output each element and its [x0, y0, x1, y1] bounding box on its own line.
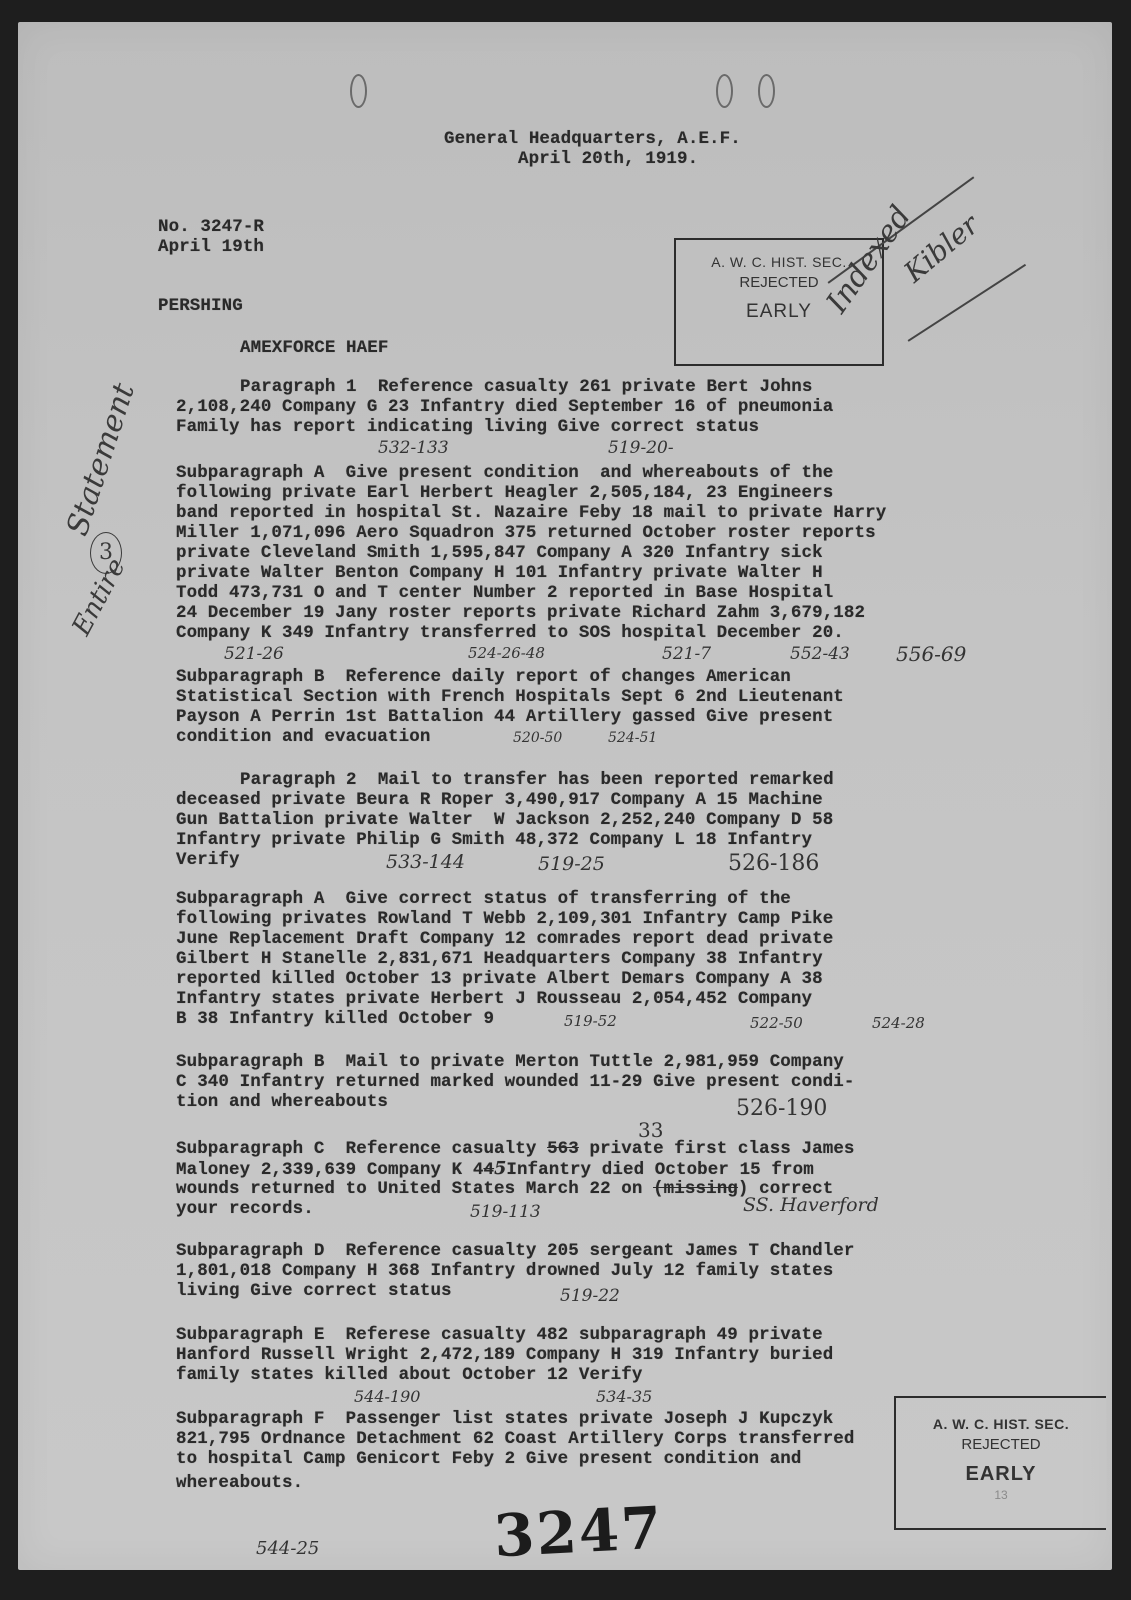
margin-entire: Entire — [67, 554, 132, 641]
stamp-status: REJECTED — [896, 1436, 1106, 1453]
document-page: General Headquarters, A.E.F. April 20th,… — [18, 22, 1112, 1570]
punch-hole — [350, 74, 367, 108]
handwritten-note: 552-43 — [790, 644, 850, 664]
handwritten-note: 544-25 — [256, 1538, 319, 1559]
reference-number: No. 3247-R — [158, 218, 264, 238]
punch-hole — [758, 74, 775, 108]
handwritten-ship-name: SS. Haverford — [743, 1194, 879, 1216]
addressee: PERSHING — [158, 297, 243, 317]
stamp-mark: 13 — [896, 1488, 1106, 1502]
handwritten-note: 533-144 — [386, 851, 465, 873]
handwritten-note: 524-26-48 — [468, 644, 545, 662]
stamp-office: A. W. C. HIST. SEC. — [896, 1416, 1106, 1432]
handwritten-note: 519-22 — [560, 1286, 620, 1306]
struck-text: (missing — [653, 1179, 738, 1199]
handwritten-note: 519-52 — [564, 1012, 617, 1030]
handwritten-note: 520-50 — [513, 730, 562, 746]
handwritten-note: 519-20- — [608, 438, 674, 458]
handwritten-note: 519-25 — [538, 853, 605, 875]
struck-text: 4 — [483, 1160, 494, 1180]
file-number: 3247 — [492, 1494, 665, 1571]
inserted-correction: 5 — [494, 1159, 506, 1179]
handwritten-note: 544-190 — [354, 1387, 420, 1406]
rejected-stamp: A. W. C. HIST. SEC. REJECTED EARLY 13 — [894, 1396, 1106, 1530]
handwritten-note: 526-190 — [736, 1096, 827, 1121]
struck-text: 563 — [547, 1139, 579, 1159]
margin-statement: Statement — [60, 379, 142, 540]
sender: AMEXFORCE HAEF — [240, 339, 388, 359]
handwritten-note: 521-26 — [224, 644, 284, 664]
reference-date: April 19th — [158, 238, 264, 258]
punch-hole — [716, 74, 733, 108]
handwritten-note: 526-186 — [728, 851, 819, 876]
header-date: April 20th, 1919. — [518, 150, 698, 170]
handwritten-note: 524-28 — [872, 1014, 925, 1032]
handwritten-note: 532-133 — [378, 438, 449, 458]
handwritten-note: 521-7 — [662, 644, 711, 664]
handwritten-note: 519-113 — [470, 1202, 541, 1222]
handwritten-note: 522-50 — [750, 1014, 803, 1032]
handwritten-note: 556-69 — [896, 642, 966, 666]
header-line-1: General Headquarters, A.E.F. — [444, 130, 741, 150]
handwritten-note: 534-35 — [596, 1387, 652, 1406]
handwritten-note: 524-51 — [608, 730, 657, 746]
stamp-early: EARLY — [896, 1463, 1106, 1486]
